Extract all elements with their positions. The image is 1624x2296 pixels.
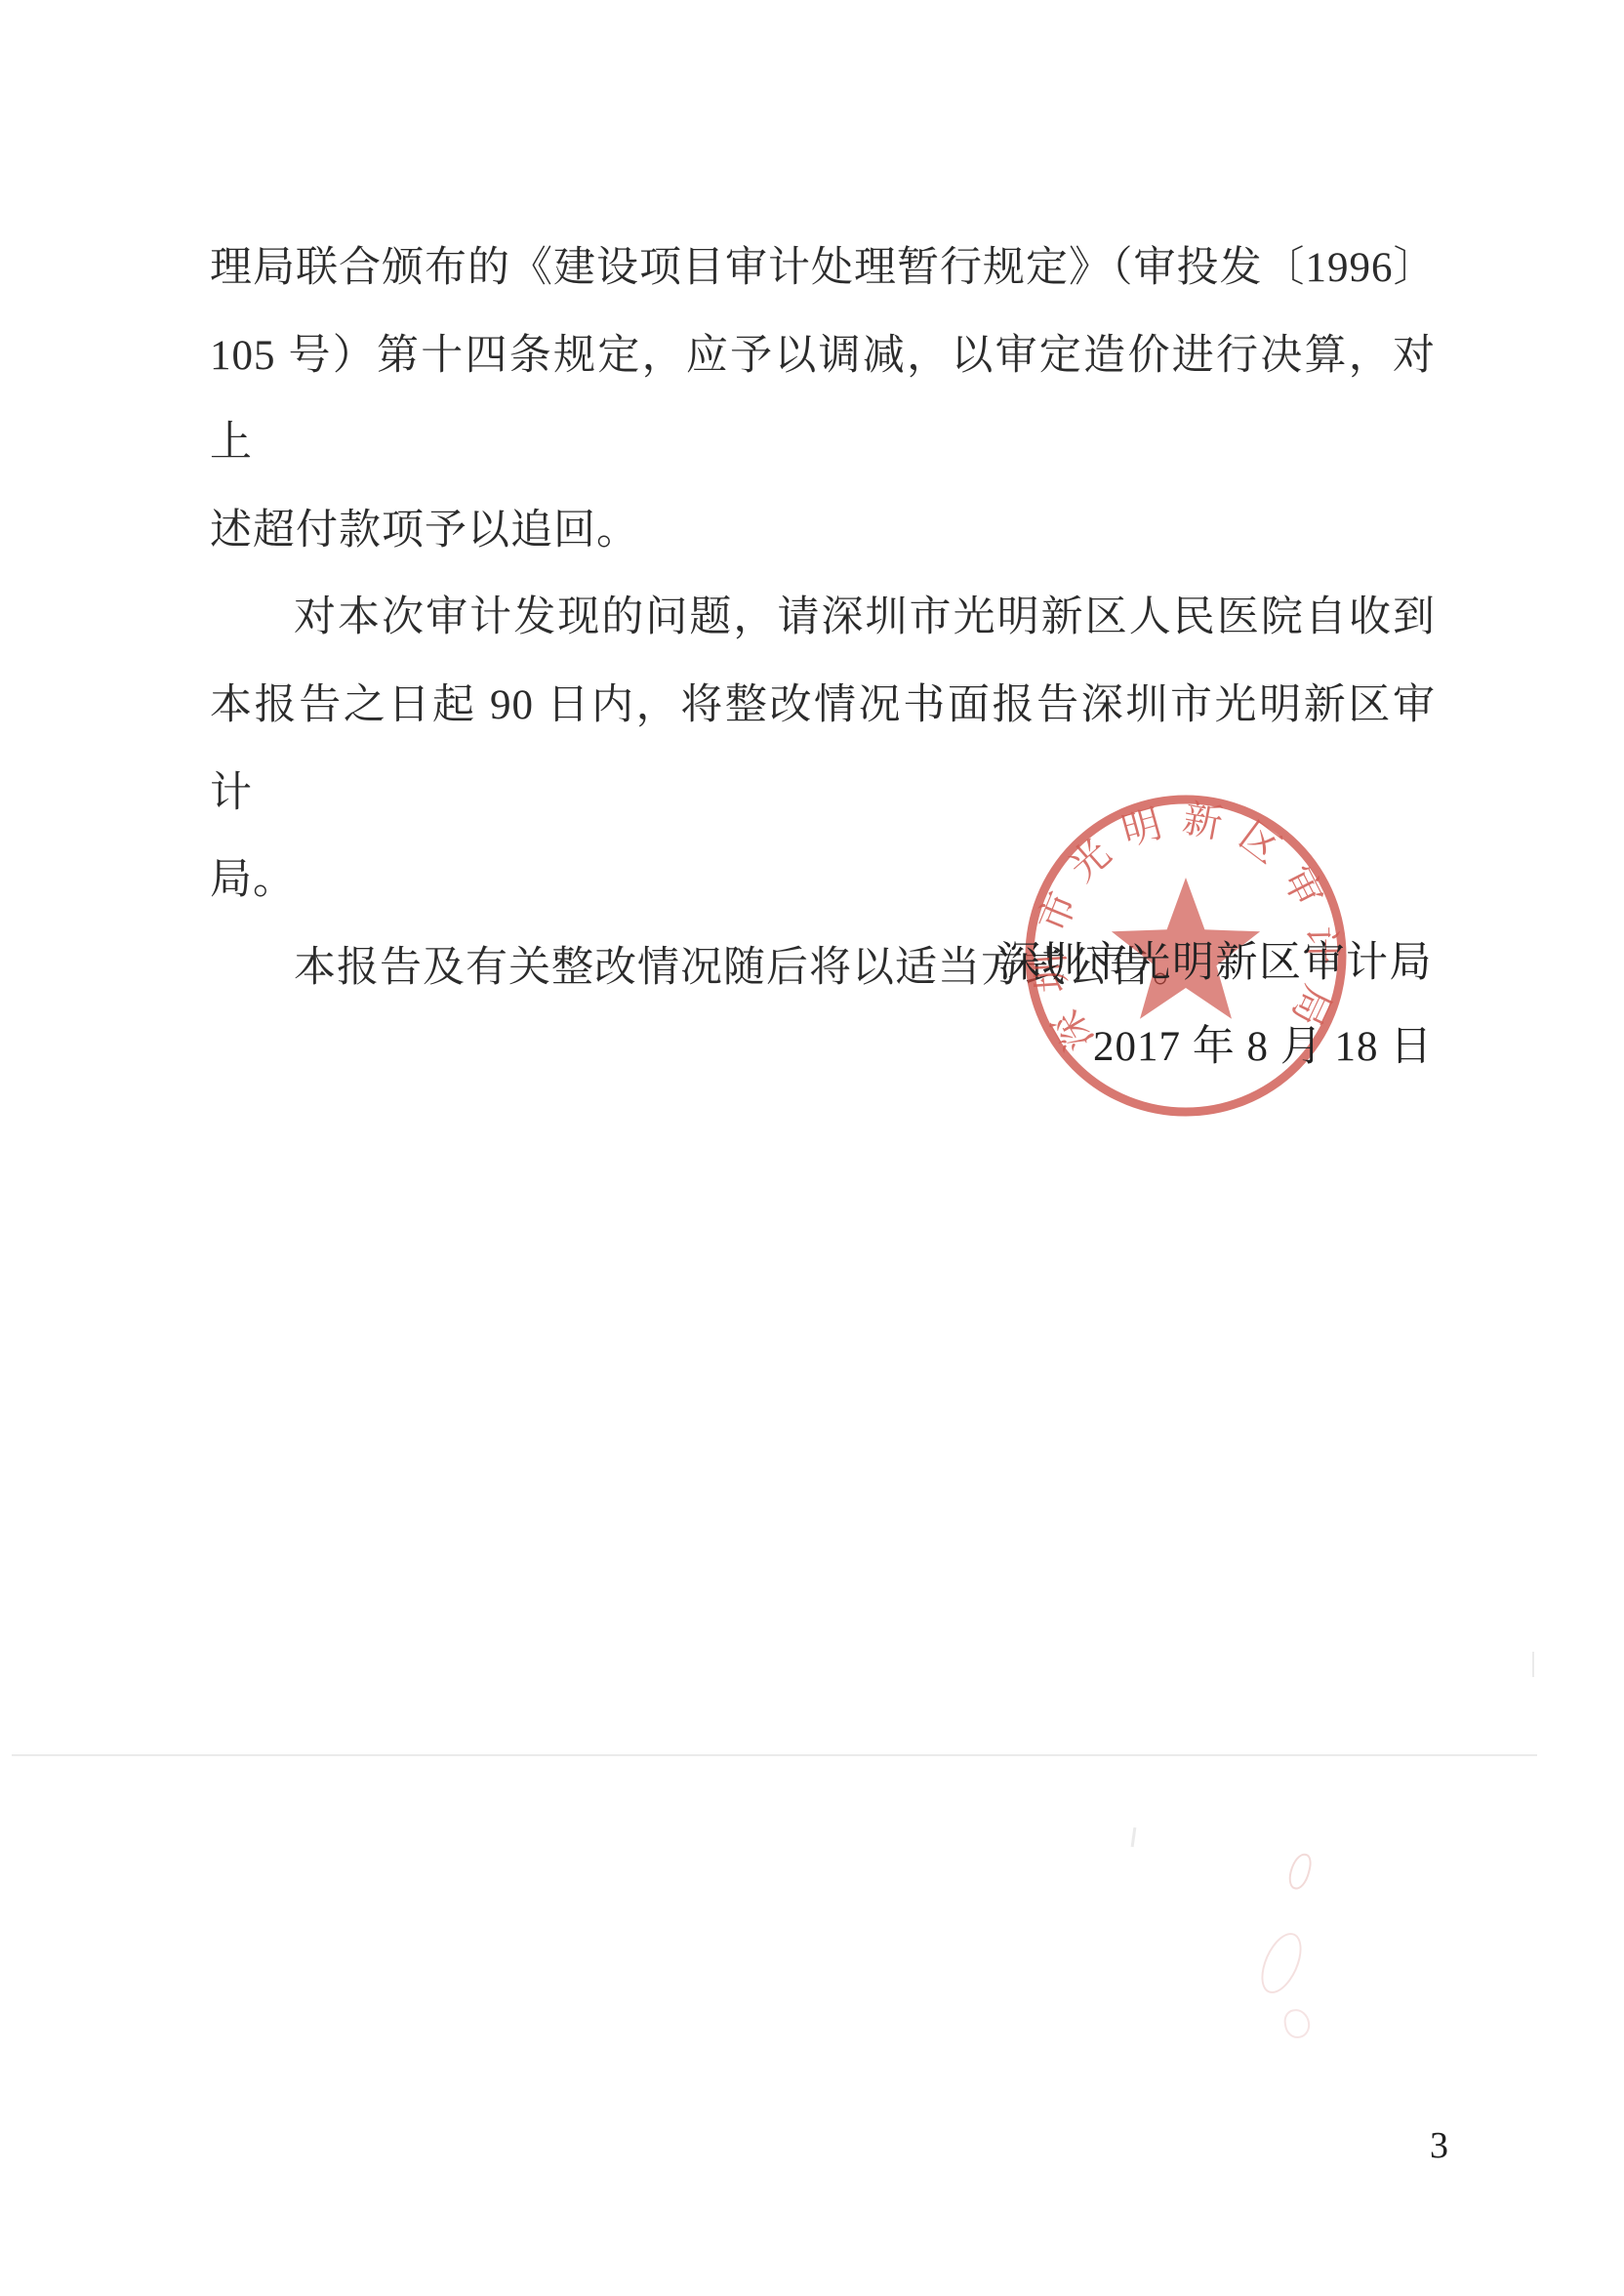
body-line: 对本次审计发现的问题，请深圳市光明新区人民医院自收到 — [210, 574, 1436, 662]
body-line: 理局联合颁布的《建设项目审计处理暂行规定》（审投发〔1996〕 — [210, 225, 1436, 312]
body-line: 述超付款项予以追回。 — [210, 487, 1436, 575]
scanned-document-page: 理局联合颁布的《建设项目审计处理暂行规定》（审投发〔1996〕 105 号）第十… — [0, 0, 1624, 2296]
page-number: 3 — [1430, 2124, 1448, 2167]
scan-artifact-smudge — [1282, 2007, 1313, 2040]
scan-artifact-smudge — [1286, 1851, 1315, 1892]
issue-date: 2017 年 8 月 18 日 — [1093, 1013, 1433, 1073]
body-line: 105 号）第十四条规定，应予以调减，以审定造价进行决算，对上 — [210, 312, 1436, 487]
scan-artifact-smudge — [1253, 1927, 1310, 1999]
scan-artifact-fleck — [1532, 1652, 1534, 1677]
issuing-authority-signature: 深圳市光明新区审计局 — [998, 929, 1433, 989]
scan-artifact-fleck — [1131, 1827, 1137, 1847]
scan-artifact-hairline — [12, 1754, 1537, 1756]
